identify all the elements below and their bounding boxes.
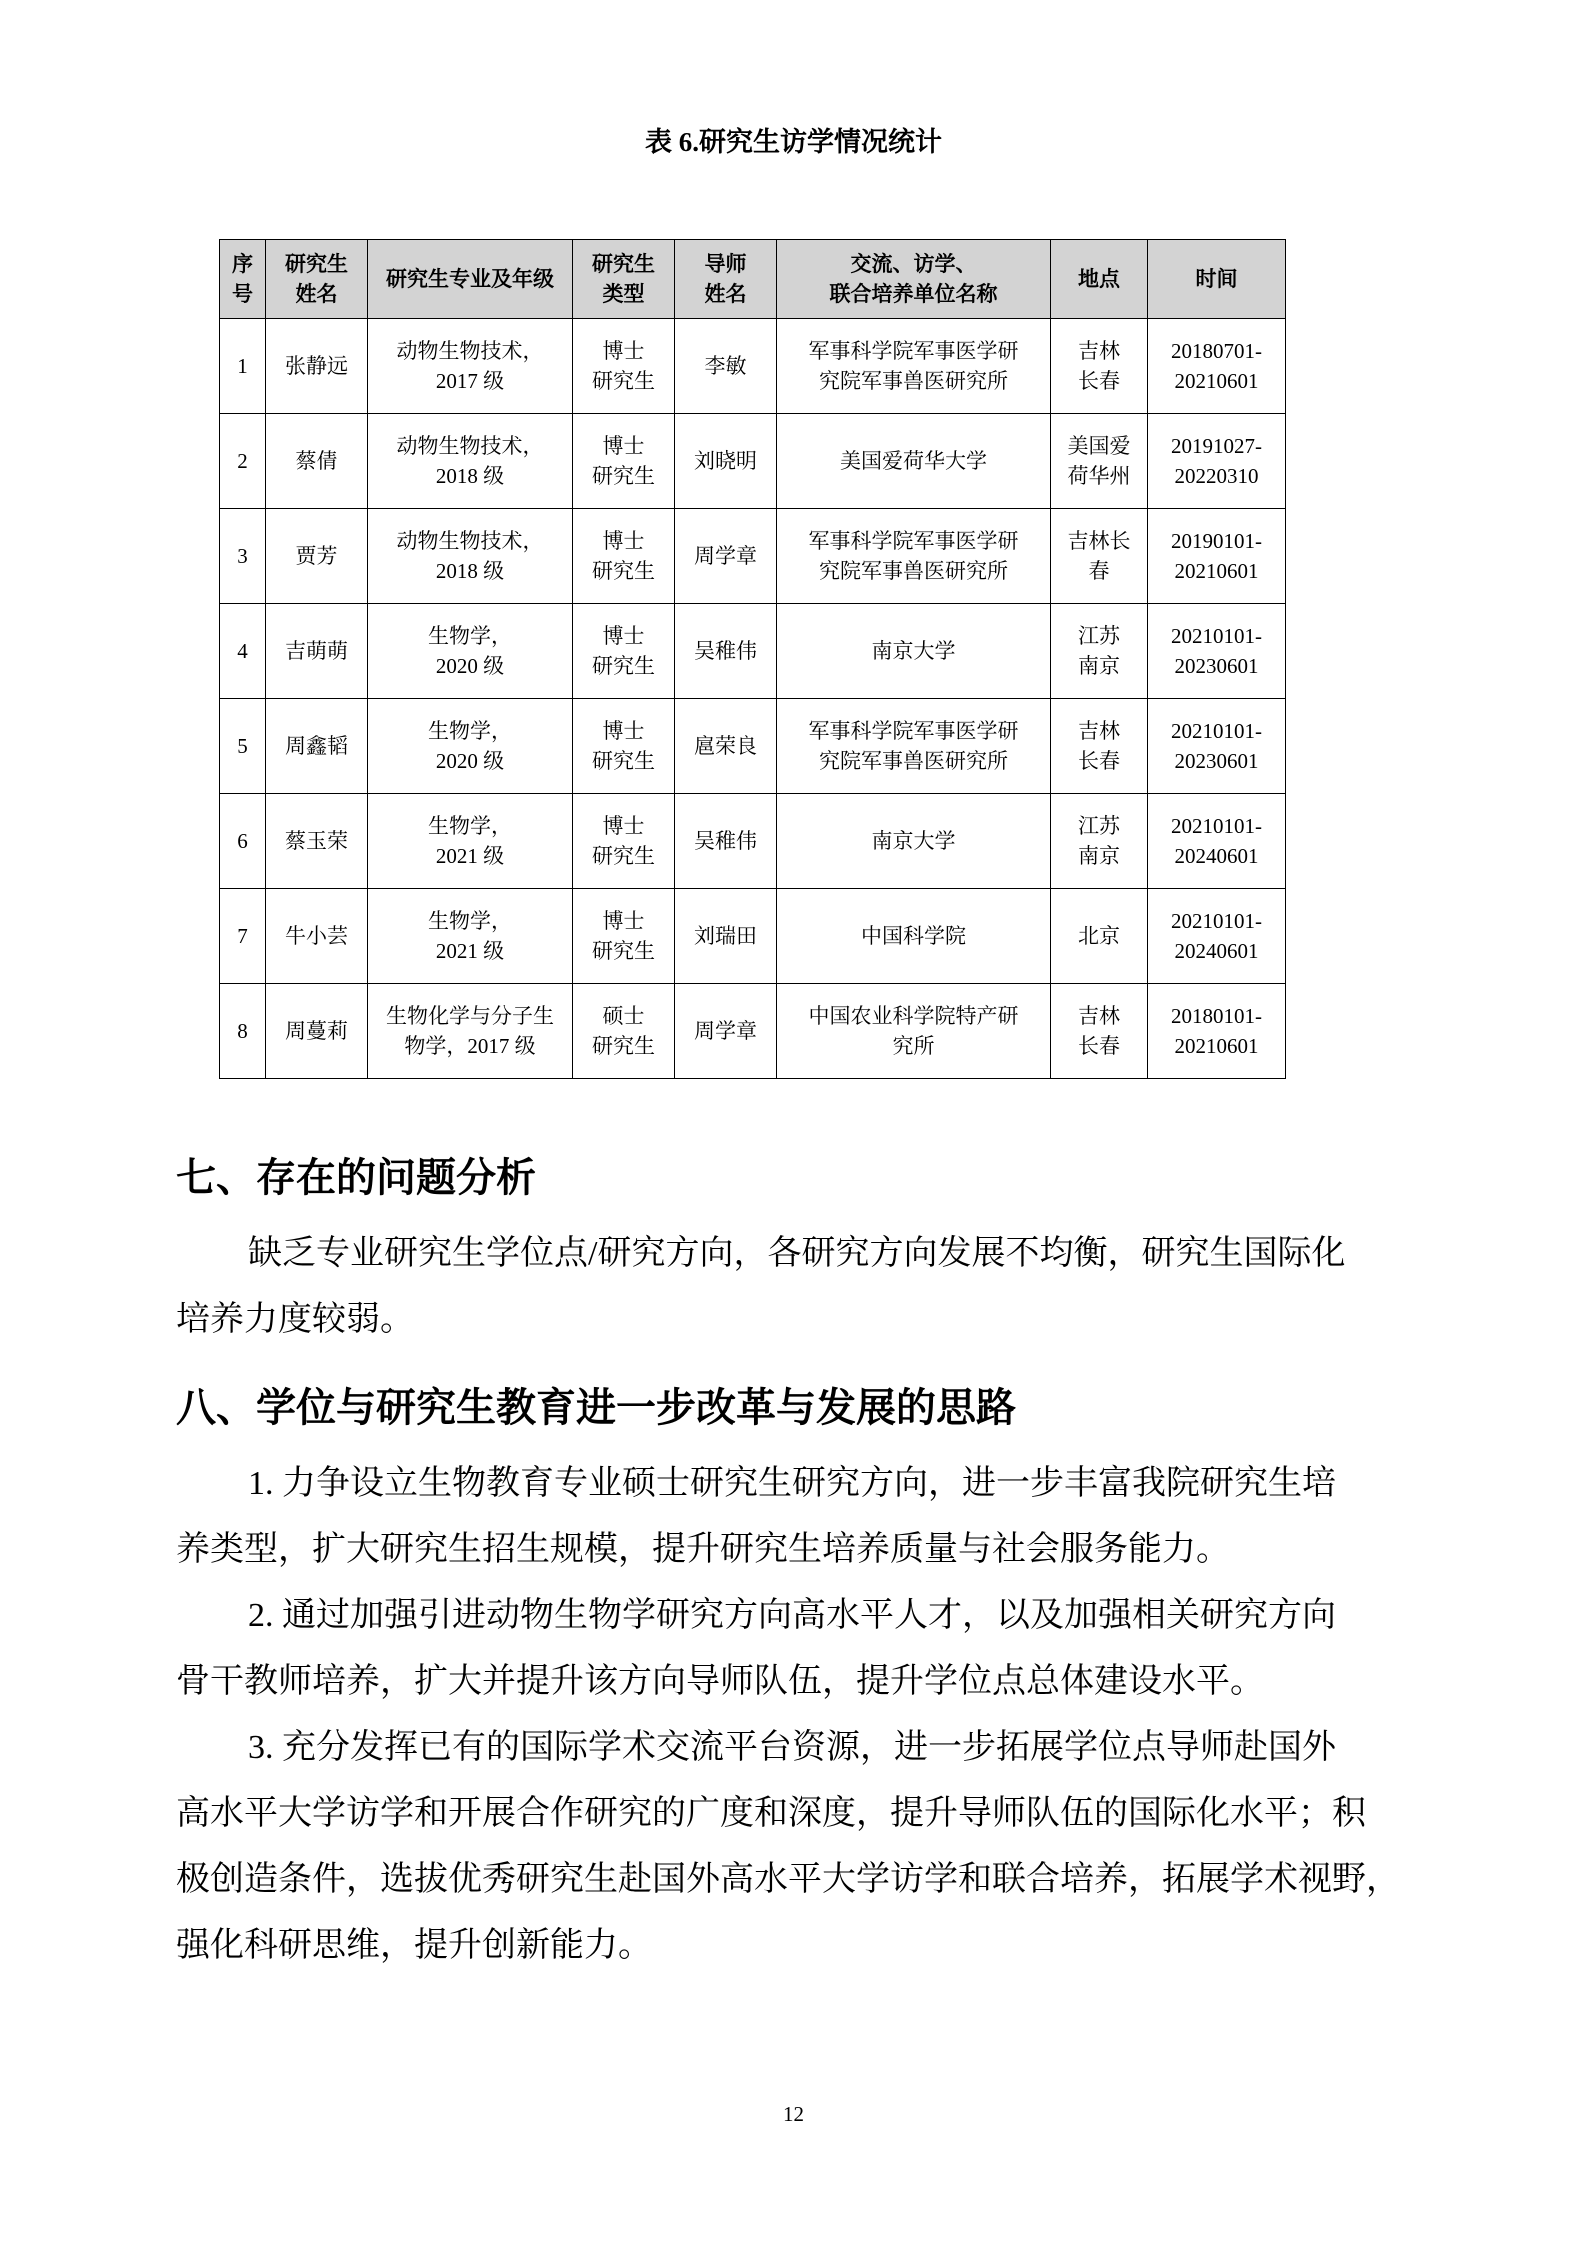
- cell-major: 生物学， 2021 级: [368, 889, 573, 984]
- cell-name: 贾芳: [266, 509, 368, 604]
- cell-name: 张静远: [266, 319, 368, 414]
- cell-major: 生物化学与分子生 物学，2017 级: [368, 984, 573, 1079]
- header-cell-name: 研究生 姓名: [266, 240, 368, 319]
- cell-major: 生物学， 2020 级: [368, 604, 573, 699]
- cell-time: 20190101- 20210601: [1148, 509, 1286, 604]
- cell-place: 吉林 长春: [1051, 984, 1148, 1079]
- table-row: 6 蔡玉荣 生物学， 2021 级 博士 研究生 吴稚伟 南京大学 江苏 南京 …: [220, 794, 1286, 889]
- cell-org: 军事科学院军事医学研 究院军事兽医研究所: [777, 509, 1051, 604]
- cell-major: 生物学， 2020 级: [368, 699, 573, 794]
- cell-no: 1: [220, 319, 266, 414]
- header-cell-no: 序 号: [220, 240, 266, 319]
- cell-advisor: 刘瑞田: [675, 889, 777, 984]
- cell-place: 江苏 南京: [1051, 794, 1148, 889]
- cell-advisor: 周学章: [675, 984, 777, 1079]
- table-row: 7 牛小芸 生物学， 2021 级 博士 研究生 刘瑞田 中国科学院 北京 20…: [220, 889, 1286, 984]
- table-row: 4 吉萌萌 生物学， 2020 级 博士 研究生 吴稚伟 南京大学 江苏 南京 …: [220, 604, 1286, 699]
- cell-org: 南京大学: [777, 794, 1051, 889]
- header-cell-type: 研究生 类型: [573, 240, 675, 319]
- cell-type: 博士 研究生: [573, 604, 675, 699]
- cell-major: 动物生物技术， 2018 级: [368, 414, 573, 509]
- header-cell-major: 研究生专业及年级: [368, 240, 573, 319]
- cell-place: 吉林 长春: [1051, 319, 1148, 414]
- cell-time: 20210101- 20240601: [1148, 794, 1286, 889]
- cell-name: 周鑫韬: [266, 699, 368, 794]
- section-7-paragraph: 缺乏专业研究生学位点/研究方向，各研究方向发展不均衡，研究生国际化 培养力度较弱…: [176, 1221, 1411, 1353]
- cell-advisor: 刘晓明: [675, 414, 777, 509]
- header-cell-place: 地点: [1051, 240, 1148, 319]
- visits-table: 序 号 研究生 姓名 研究生专业及年级 研究生 类型 导师 姓名 交流、访学、 …: [219, 239, 1286, 1079]
- cell-major: 动物生物技术， 2018 级: [368, 509, 573, 604]
- table-row: 8 周蔓莉 生物化学与分子生 物学，2017 级 硕士 研究生 周学章 中国农业…: [220, 984, 1286, 1079]
- cell-time: 20210101- 20240601: [1148, 889, 1286, 984]
- cell-type: 硕士 研究生: [573, 984, 675, 1079]
- cell-no: 4: [220, 604, 266, 699]
- cell-no: 3: [220, 509, 266, 604]
- cell-place: 江苏 南京: [1051, 604, 1148, 699]
- section-8-paragraph-1: 1. 力争设立生物教育专业硕士研究生研究方向，进一步丰富我院研究生培 养类型，扩…: [176, 1451, 1411, 1583]
- table-row: 1 张静远 动物生物技术， 2017 级 博士 研究生 李敏 军事科学院军事医学…: [220, 319, 1286, 414]
- table-title: 表 6.研究生访学情况统计: [176, 125, 1411, 159]
- cell-time: 20191027- 20220310: [1148, 414, 1286, 509]
- cell-type: 博士 研究生: [573, 699, 675, 794]
- cell-time: 20210101- 20230601: [1148, 604, 1286, 699]
- header-cell-org: 交流、访学、 联合培养单位名称: [777, 240, 1051, 319]
- cell-org: 中国农业科学院特产研 究所: [777, 984, 1051, 1079]
- cell-no: 8: [220, 984, 266, 1079]
- cell-org: 军事科学院军事医学研 究院军事兽医研究所: [777, 699, 1051, 794]
- section-8-paragraph-2: 2. 通过加强引进动物生物学研究方向高水平人才，以及加强相关研究方向 骨干教师培…: [176, 1583, 1411, 1715]
- section-7-heading: 七、存在的问题分析: [176, 1149, 1411, 1207]
- cell-advisor: 吴稚伟: [675, 604, 777, 699]
- table-header-row: 序 号 研究生 姓名 研究生专业及年级 研究生 类型 导师 姓名 交流、访学、 …: [220, 240, 1286, 319]
- table-row: 2 蔡倩 动物生物技术， 2018 级 博士 研究生 刘晓明 美国爱荷华大学 美…: [220, 414, 1286, 509]
- cell-time: 20180701- 20210601: [1148, 319, 1286, 414]
- cell-type: 博士 研究生: [573, 509, 675, 604]
- cell-name: 蔡玉荣: [266, 794, 368, 889]
- cell-place: 吉林 长春: [1051, 699, 1148, 794]
- header-cell-advisor: 导师 姓名: [675, 240, 777, 319]
- cell-advisor: 李敏: [675, 319, 777, 414]
- section-8-heading: 八、学位与研究生教育进一步改革与发展的思路: [176, 1379, 1411, 1437]
- header-cell-time: 时间: [1148, 240, 1286, 319]
- cell-advisor: 吴稚伟: [675, 794, 777, 889]
- section-8-paragraph-3: 3. 充分发挥已有的国际学术交流平台资源，进一步拓展学位点导师赴国外 高水平大学…: [176, 1715, 1411, 1979]
- cell-advisor: 周学章: [675, 509, 777, 604]
- cell-name: 吉萌萌: [266, 604, 368, 699]
- cell-no: 2: [220, 414, 266, 509]
- cell-place: 吉林长 春: [1051, 509, 1148, 604]
- cell-type: 博士 研究生: [573, 414, 675, 509]
- cell-time: 20180101- 20210601: [1148, 984, 1286, 1079]
- cell-org: 美国爱荷华大学: [777, 414, 1051, 509]
- cell-place: 北京: [1051, 889, 1148, 984]
- cell-org: 军事科学院军事医学研 究院军事兽医研究所: [777, 319, 1051, 414]
- cell-name: 牛小芸: [266, 889, 368, 984]
- cell-name: 周蔓莉: [266, 984, 368, 1079]
- cell-time: 20210101- 20230601: [1148, 699, 1286, 794]
- table-row: 3 贾芳 动物生物技术， 2018 级 博士 研究生 周学章 军事科学院军事医学…: [220, 509, 1286, 604]
- cell-type: 博士 研究生: [573, 319, 675, 414]
- cell-name: 蔡倩: [266, 414, 368, 509]
- cell-place: 美国爱 荷华州: [1051, 414, 1148, 509]
- cell-org: 中国科学院: [777, 889, 1051, 984]
- cell-no: 5: [220, 699, 266, 794]
- cell-advisor: 扈荣良: [675, 699, 777, 794]
- cell-org: 南京大学: [777, 604, 1051, 699]
- cell-major: 生物学， 2021 级: [368, 794, 573, 889]
- table-row: 5 周鑫韬 生物学， 2020 级 博士 研究生 扈荣良 军事科学院军事医学研 …: [220, 699, 1286, 794]
- page-number: 12: [0, 2102, 1587, 2127]
- cell-type: 博士 研究生: [573, 889, 675, 984]
- cell-no: 7: [220, 889, 266, 984]
- cell-no: 6: [220, 794, 266, 889]
- document-page: 表 6.研究生访学情况统计 序 号 研究生 姓名 研究生专业及年级 研究生 类型…: [0, 0, 1587, 2245]
- cell-major: 动物生物技术， 2017 级: [368, 319, 573, 414]
- cell-type: 博士 研究生: [573, 794, 675, 889]
